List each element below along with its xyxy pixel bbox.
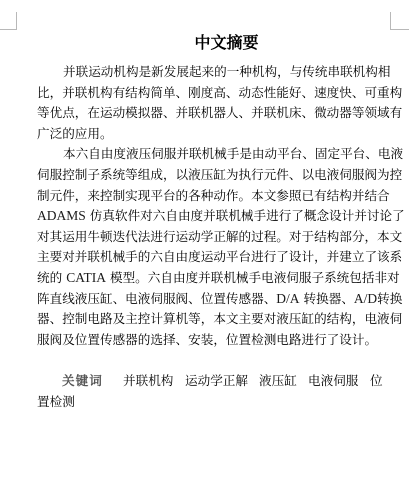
paragraph-1-line-1: 并联运动机构是新发展起来的一种机构，与传统串联机构相 [37, 62, 383, 83]
term-catia: CATIA [66, 270, 106, 285]
page-corner-mark-top-left [0, 12, 17, 30]
keywords-section: 关键词 并联机构 运动学正解 液压缸 电液伺服 位 置检测 [37, 371, 383, 412]
keywords-row-wrap: 置检测 [37, 392, 383, 413]
keyword-item: 并联机构 [123, 371, 173, 392]
paragraph-2-line-9: 器、控制电路及主控计算机等，本文主要对液压缸的结构，电液伺 [37, 309, 383, 330]
da-suffix: 转换器、 [304, 291, 354, 306]
keyword-item: 电液伺服 [308, 371, 358, 392]
keywords-label: 关键词 [62, 371, 103, 392]
paragraph-2-line-6: 主要对并联机械手的六自由度运动平台进行了设计，并建立了该系 [37, 247, 383, 268]
keyword-item: 位 [370, 371, 383, 392]
keyword-item: 液压缸 [259, 371, 297, 392]
paragraph-1-line-4: 广泛的应用。 [37, 124, 383, 145]
paragraph-2-line-3: 制元件，来控制实现平台的各种动作。本文参照已有结构并结合 [37, 186, 383, 207]
abstract-body: 并联运动机构是新发展起来的一种机构，与传统串联机构相 比，并联机构有结构简单、刚… [37, 62, 383, 350]
paragraph-2-line-8: 阵直线液压缸、电液伺服阀、位置传感器、D/A 转换器、A/D转换 [37, 289, 383, 310]
paragraph-2-line-7-text: 模型。六自由度并联机械手电液伺服子系统包括非对 [110, 270, 400, 285]
keywords-row: 关键词 并联机构 运动学正解 液压缸 电液伺服 位 [37, 371, 383, 392]
paragraph-1-line-2: 比，并联机构有结构简单、刚度高、动态性能好、速度快、可重构 [37, 83, 383, 104]
term-ad: A/D [354, 291, 377, 306]
term-da: D/A [276, 291, 299, 306]
paragraph-2-line-2: 伺服控制子系统等组成，以液压缸为执行元件、以电液伺服阀为控 [37, 165, 383, 186]
paragraph-2-line-5: 对其运用牛顿迭代法进行运动学正解的过程。对于结构部分，本文 [37, 227, 383, 248]
paragraph-1-line-3: 等优点，在运动模拟器、并联机器人、并联机床、微动器等领域有 [37, 103, 383, 124]
ad-suffix: 转换 [377, 291, 402, 306]
page-corner-mark-top-right [390, 12, 409, 30]
paragraph-2-line-10: 服阀及位置传感器的选择、安装，位置检测电路进行了设计。 [37, 330, 383, 351]
paragraph-2-line-7: 统的 CATIA 模型。六自由度并联机械手电液伺服子系统包括非对 [37, 268, 383, 289]
page-title: 中文摘要 [0, 33, 415, 53]
keyword-item: 运动学正解 [185, 371, 248, 392]
keyword-item-wrap: 置检测 [37, 392, 75, 413]
paragraph-2-line-1: 本六自由度液压伺服并联机械手是由动平台、固定平台、电液 [37, 144, 383, 165]
term-adams: ADAMS [37, 208, 86, 223]
paragraph-2-line-4: ADAMS 仿真软件对六自由度并联机械手进行了概念设计并讨论了 [37, 206, 383, 227]
catia-prefix: 统的 [37, 270, 62, 285]
paragraph-2-line-4-text: 仿真软件对六自由度并联机械手进行了概念设计并讨论了 [90, 208, 405, 223]
paragraph-2-line-8-text: 阵直线液压缸、电液伺服阀、位置传感器、 [37, 291, 276, 306]
